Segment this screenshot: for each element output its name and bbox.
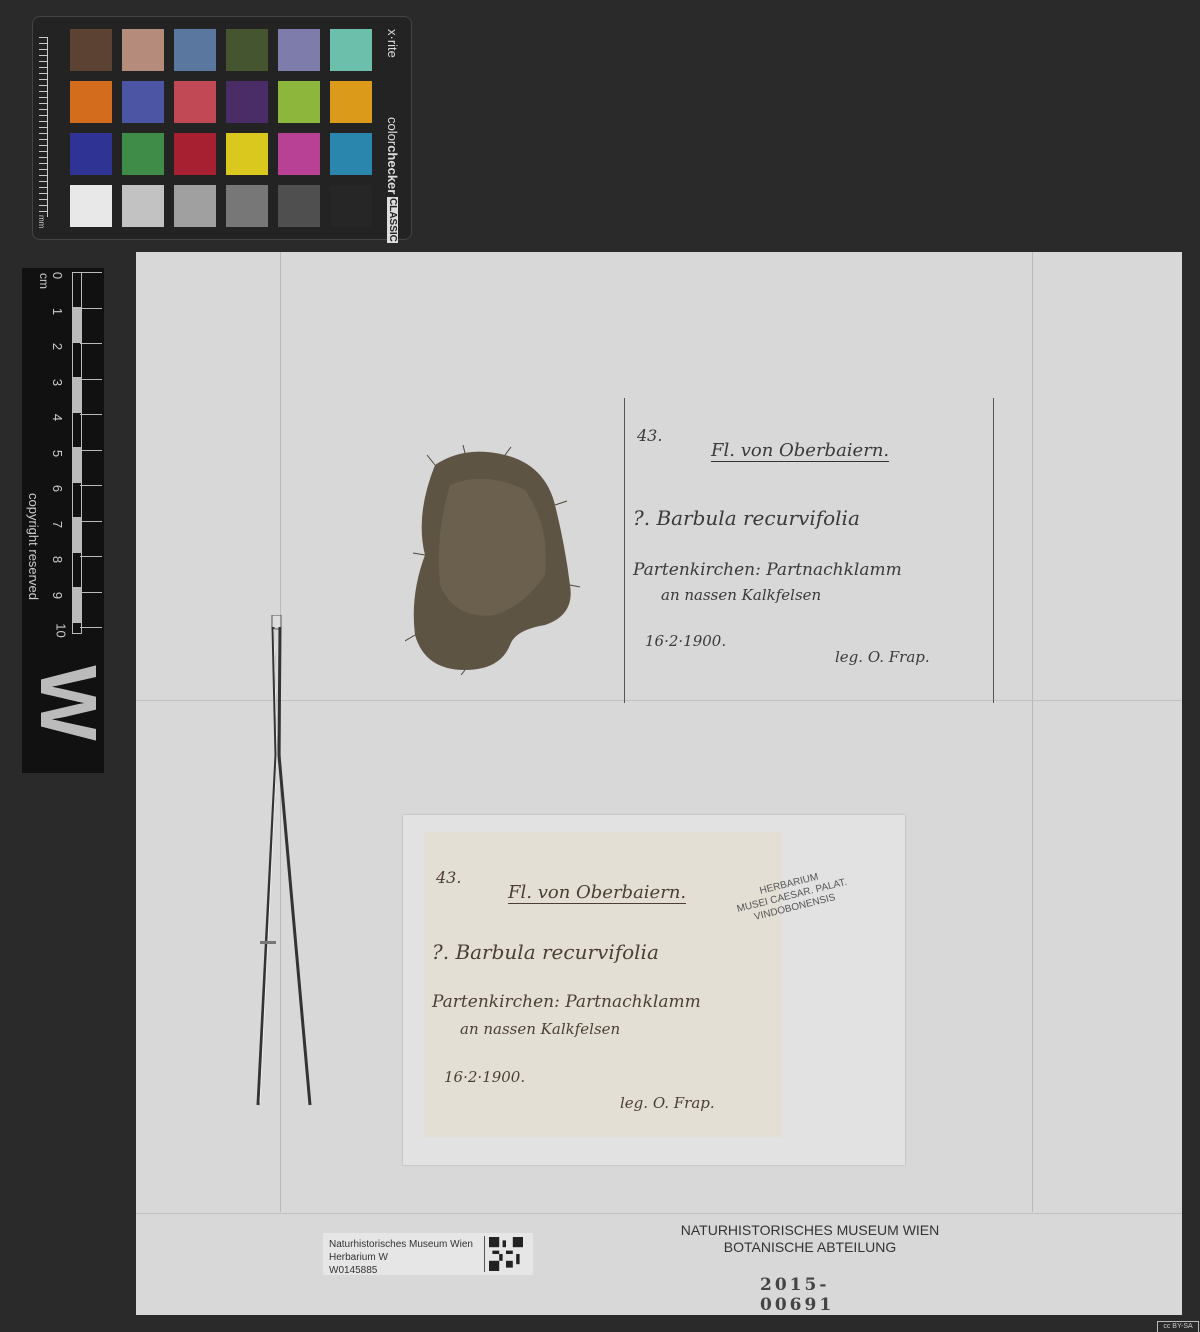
ruler-number: 1	[50, 307, 65, 314]
accession-number: 2015-00691	[760, 1275, 900, 1315]
ruler-ticks	[80, 272, 102, 632]
ruler-number: 9	[50, 591, 65, 598]
color-patch	[122, 133, 164, 175]
mm-scale-label: mm	[37, 215, 46, 228]
ruler-tick	[80, 414, 102, 415]
ruler-tick	[80, 343, 102, 344]
ruler-number: 5	[50, 449, 65, 456]
original-label: 43. Fl. von Oberbaiern. ?. Barbula recur…	[424, 832, 782, 1137]
color-patch	[330, 29, 372, 71]
ruler-number: 2	[50, 343, 65, 350]
label-number: 43.	[637, 426, 662, 445]
label-locality: Partenkirchen: Partnachklamm	[432, 992, 701, 1012]
ruler-number: 3	[50, 378, 65, 385]
ruler-numbers: 012345678910	[54, 268, 72, 638]
color-checker-card: mm x·rite colorchecker CLASSIC	[32, 16, 412, 240]
color-patch	[70, 133, 112, 175]
barcode-label: Naturhistorisches Museum Wien Herbarium …	[323, 1233, 533, 1275]
catalog-number: W0145885	[329, 1264, 473, 1277]
ruler-number: 4	[50, 414, 65, 421]
classic-badge: CLASSIC	[387, 197, 398, 243]
color-patch	[174, 133, 216, 175]
color-patch	[122, 81, 164, 123]
barcode-label-text: Naturhistorisches Museum Wien Herbarium …	[329, 1238, 473, 1277]
ruler-number: 8	[50, 556, 65, 563]
color-patch	[278, 133, 320, 175]
color-patch	[174, 81, 216, 123]
label-heading: Fl. von Oberbaiern.	[508, 882, 686, 904]
xrite-logo: x·rite	[385, 29, 400, 58]
label-locality: Partenkirchen: Partnachklamm	[633, 560, 902, 580]
moss-specimen	[405, 445, 580, 675]
label-number: 43.	[436, 868, 461, 887]
label-collector: leg. O. Frap.	[620, 1094, 715, 1112]
color-patch	[70, 81, 112, 123]
ruler-tick	[80, 521, 102, 522]
ruler-tick	[80, 450, 102, 451]
label-taxon: ?. Barbula recurvifolia	[633, 506, 860, 530]
cc-license-badge: cc BY-SA	[1157, 1321, 1199, 1332]
color-patch	[226, 81, 268, 123]
checker-branding: x·rite colorchecker CLASSIC	[385, 25, 405, 231]
ruler-tick	[80, 592, 102, 593]
ruler-number: 0	[50, 272, 65, 279]
ruler-number: 6	[50, 485, 65, 492]
colorchecker-wordmark: colorchecker	[385, 117, 400, 194]
label-taxon: ?. Barbula recurvifolia	[432, 940, 659, 964]
fold-line	[1032, 252, 1033, 1212]
color-patch	[330, 185, 372, 227]
label-habitat: an nassen Kalkfelsen	[460, 1020, 620, 1038]
color-patch	[174, 29, 216, 71]
institution-stamp: NATURHISTORISCHES MUSEUM WIEN BOTANISCHE…	[660, 1222, 960, 1256]
cm-ruler: cm 012345678910 copyright reserved W	[22, 268, 104, 773]
label-date: 16·2·1900.	[444, 1068, 525, 1086]
ruler-tick	[80, 379, 102, 380]
herbarium-w-logo: W	[28, 665, 108, 741]
color-patch-grid	[70, 29, 372, 227]
photocopy-label: 43. Fl. von Oberbaiern. ?. Barbula recur…	[624, 398, 994, 703]
color-patch	[330, 133, 372, 175]
color-patch	[122, 29, 164, 71]
ruler-tick	[80, 485, 102, 486]
forceps	[252, 615, 312, 1110]
ruler-tick	[80, 308, 102, 309]
copyright-notice: copyright reserved	[26, 493, 41, 600]
color-patch	[278, 81, 320, 123]
label-date: 16·2·1900.	[645, 632, 726, 650]
color-patch	[70, 29, 112, 71]
ruler-unit: cm	[37, 273, 51, 289]
ruler-tick	[80, 556, 102, 557]
color-patch	[174, 185, 216, 227]
ruler-tick	[80, 627, 102, 628]
color-patch	[278, 185, 320, 227]
label-heading: Fl. von Oberbaiern.	[711, 440, 889, 462]
color-patch	[70, 185, 112, 227]
ruler-number: 7	[50, 520, 65, 527]
mm-scale	[39, 37, 48, 217]
fold-line	[136, 1213, 1182, 1214]
color-patch	[330, 81, 372, 123]
color-patch	[122, 185, 164, 227]
color-patch	[278, 29, 320, 71]
ruler-tick	[80, 272, 102, 273]
ruler-number: 10	[54, 623, 69, 637]
label-habitat: an nassen Kalkfelsen	[661, 586, 821, 604]
label-collector: leg. O. Frap.	[835, 648, 930, 666]
color-patch	[226, 133, 268, 175]
color-patch	[226, 29, 268, 71]
color-patch	[226, 185, 268, 227]
qr-code-icon	[484, 1236, 523, 1272]
